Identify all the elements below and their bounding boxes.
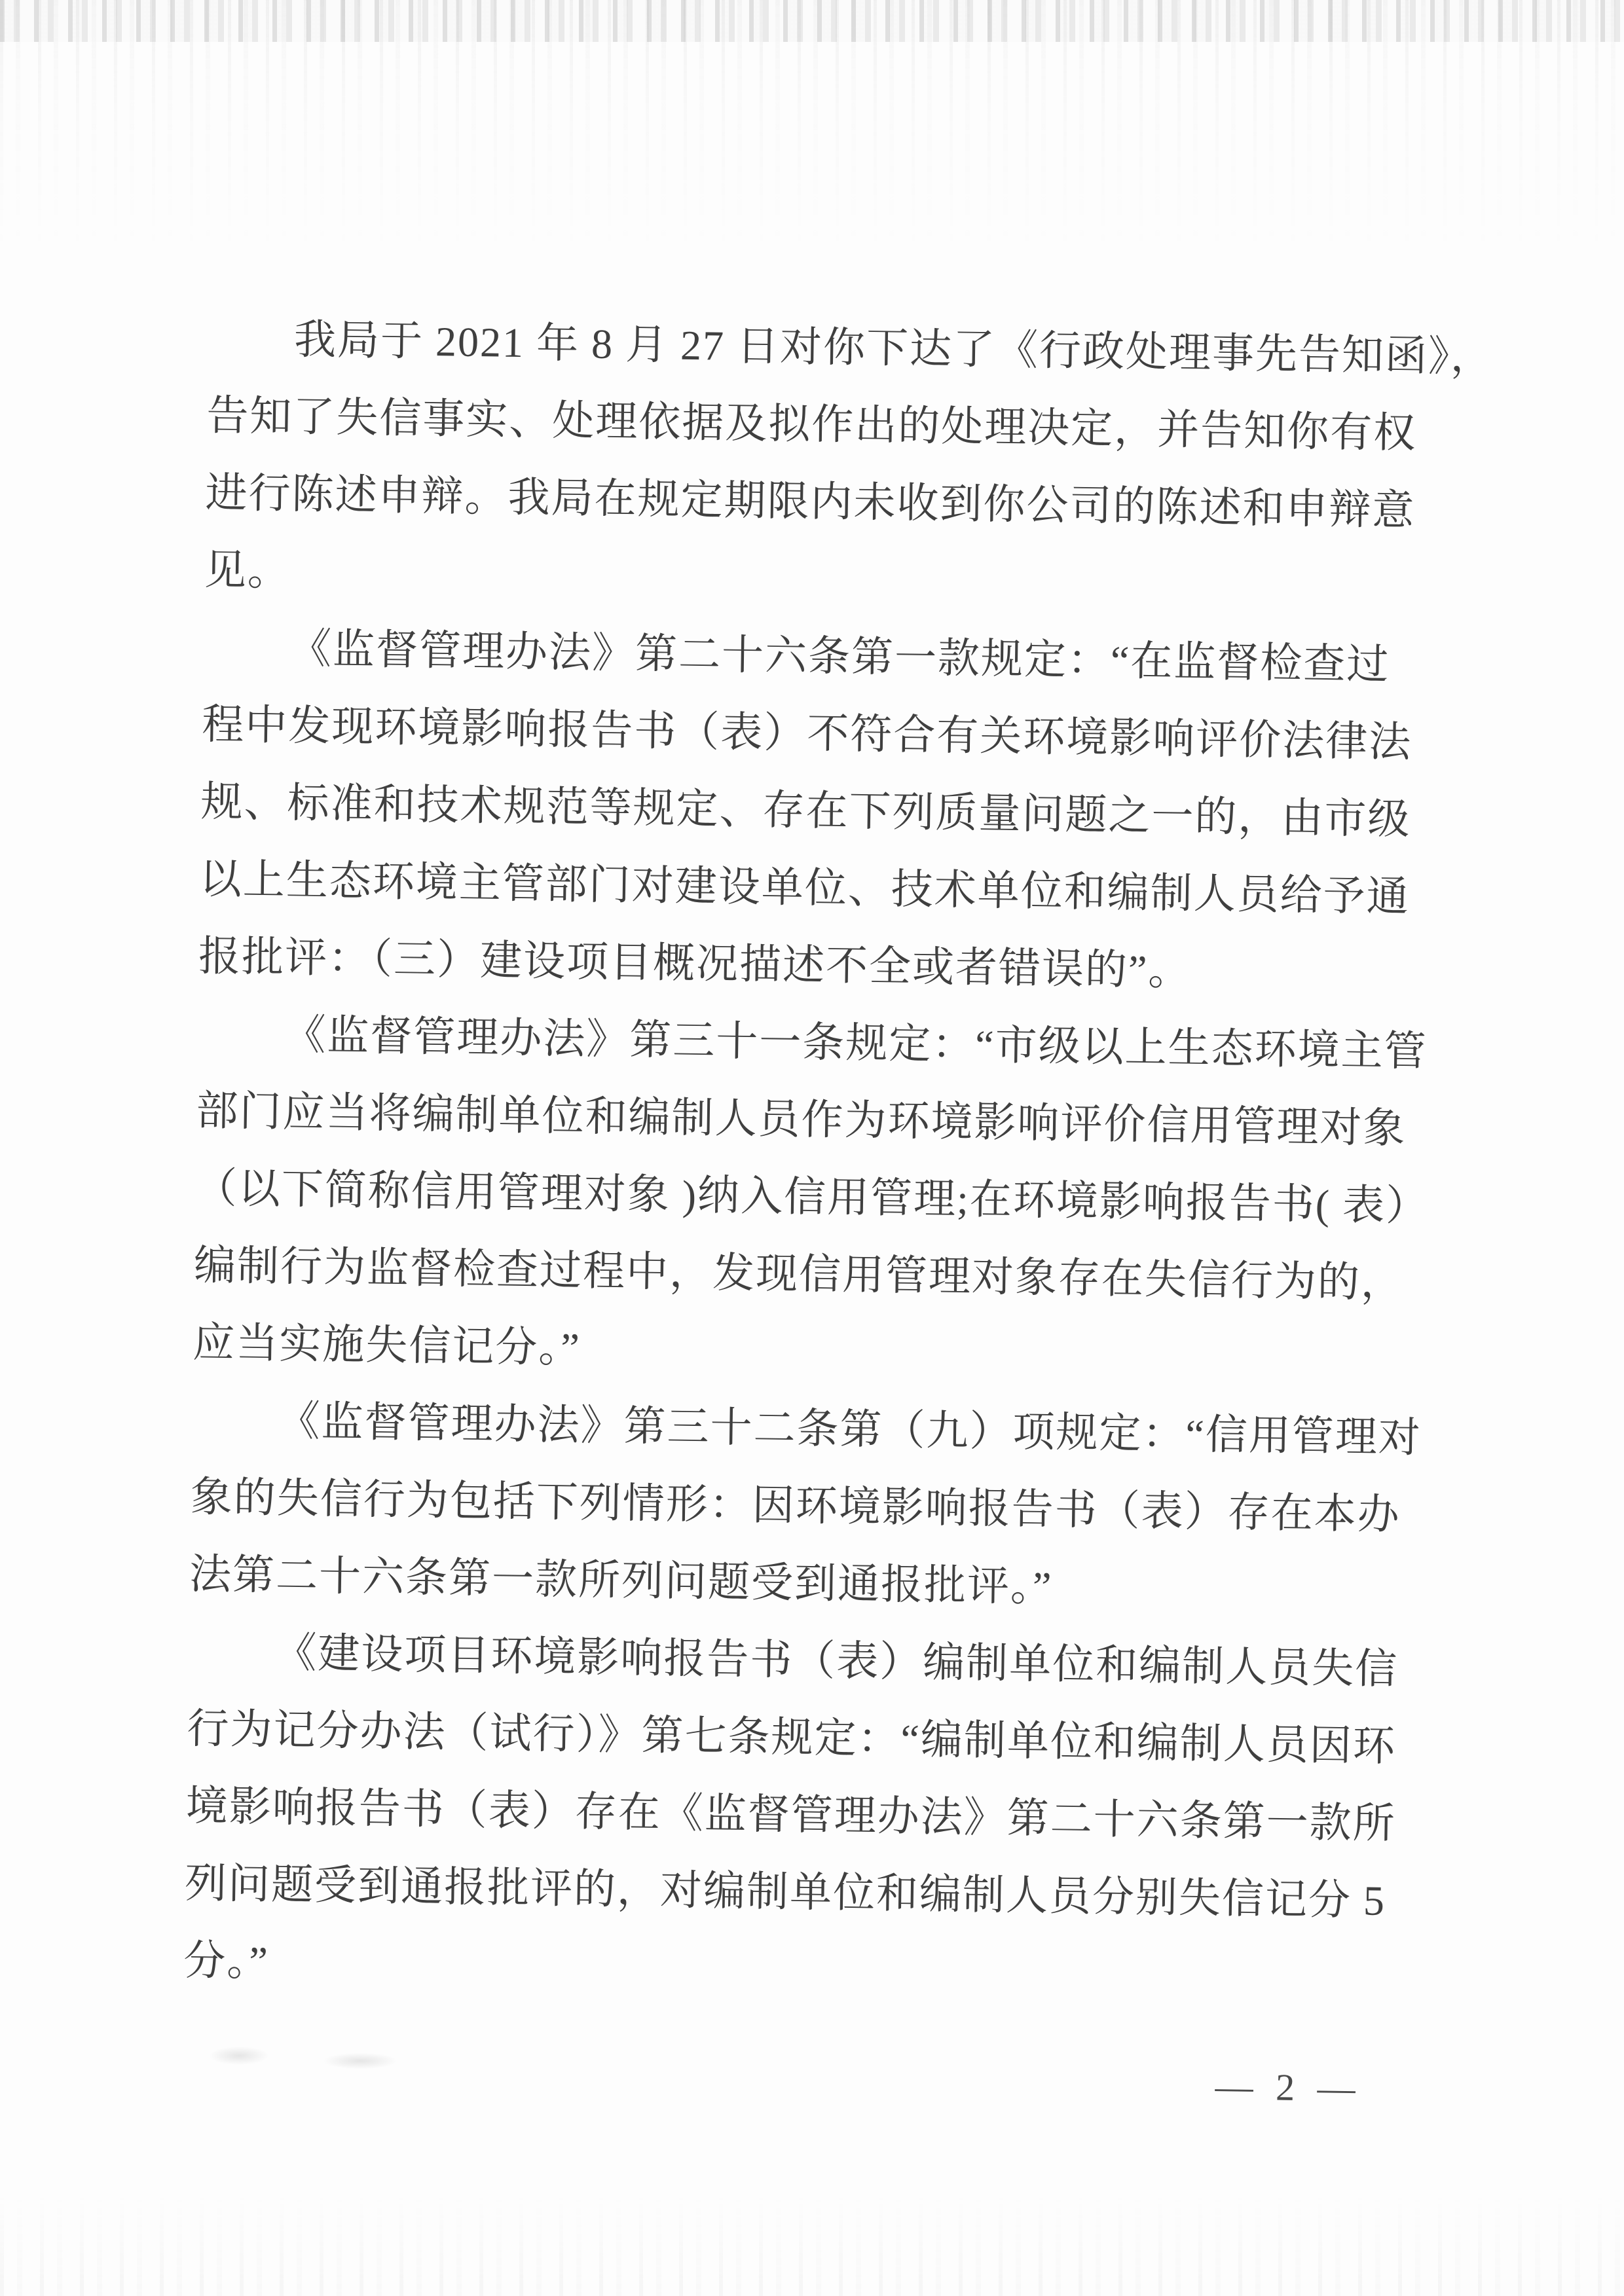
document-content: 我局于 2021 年 8 月 27 日对你下达了《行政处理事先告知函》，告知了失…	[181, 300, 1439, 2116]
page-number: — 2 —	[181, 2045, 1413, 2116]
scan-noise-bottom-streaks	[0, 2185, 1624, 2296]
body-text: 我局于 2021 年 8 月 27 日对你下达了《行政处理事先告知函》，告知了失…	[183, 300, 1439, 2018]
scanned-document-page: 我局于 2021 年 8 月 27 日对你下达了《行政处理事先告知函》，告知了失…	[0, 0, 1624, 2296]
scan-noise-upper-streaks	[0, 0, 1624, 282]
